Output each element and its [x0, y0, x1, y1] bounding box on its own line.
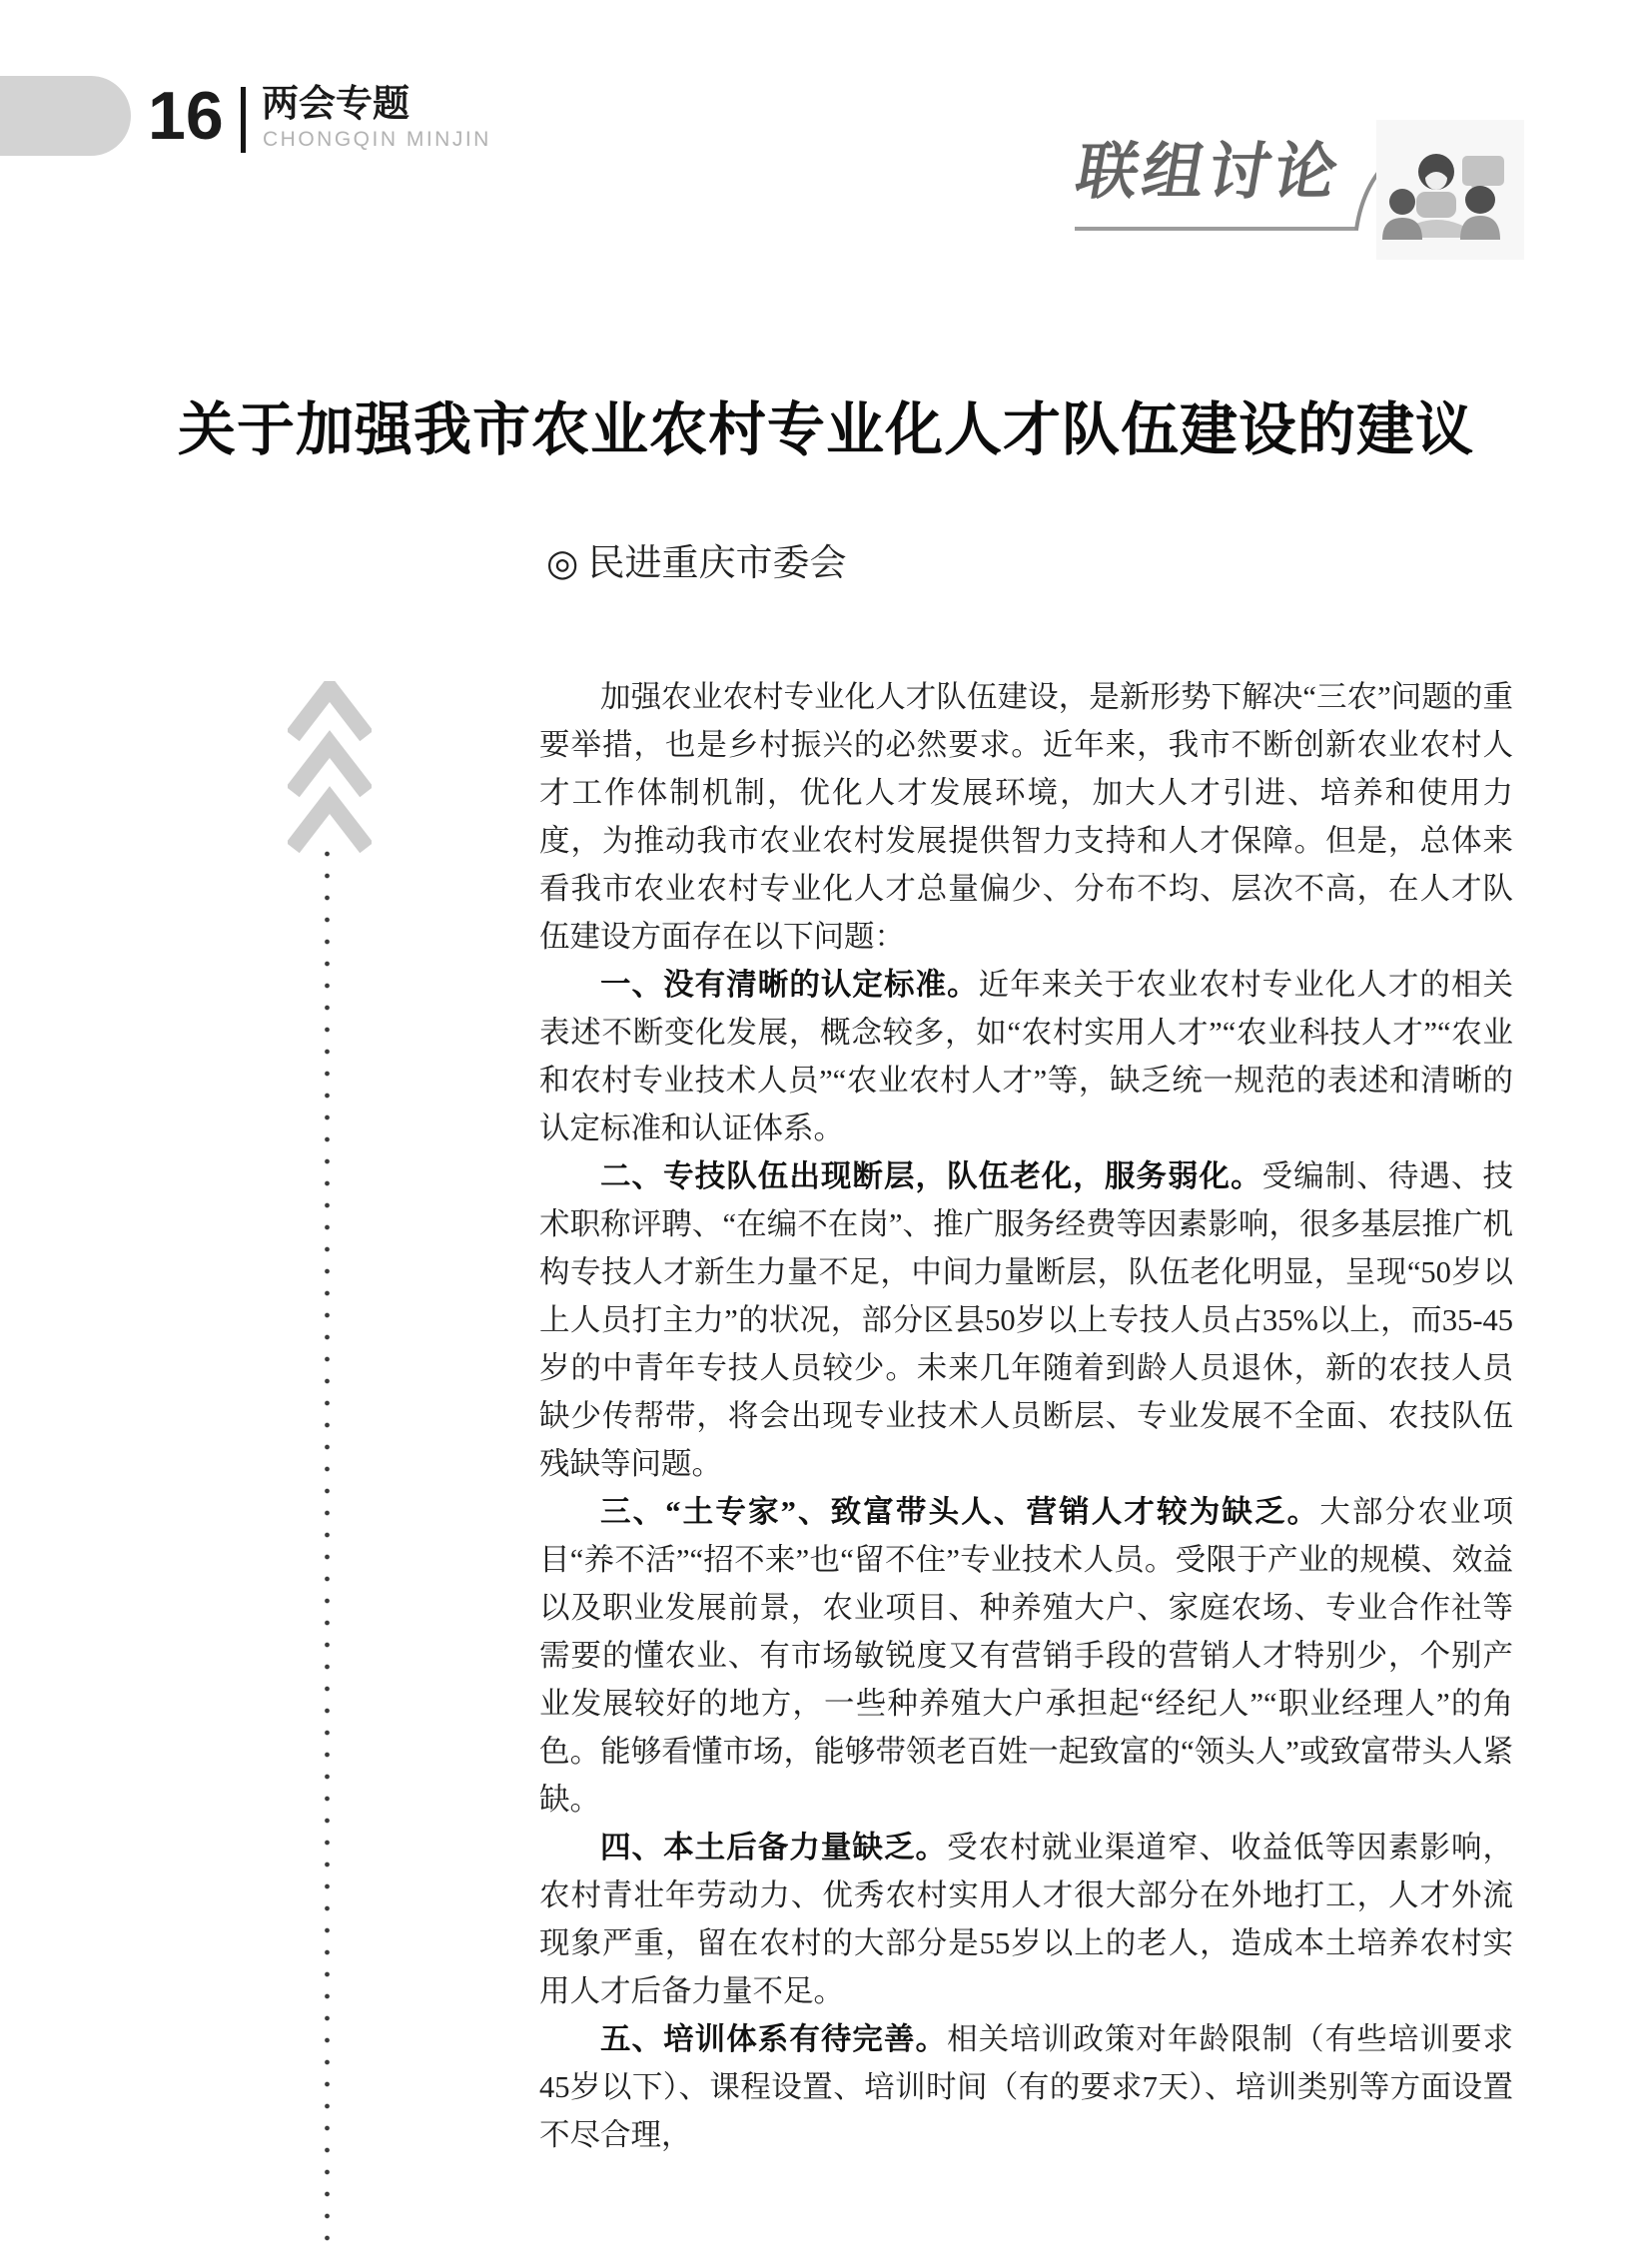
header-divider	[241, 87, 246, 153]
section-title: 两会专题	[262, 84, 410, 124]
paragraph-lead: 五、培训体系有待完善。	[600, 2022, 947, 2056]
dotted-line	[325, 851, 330, 2241]
corner-logo-text: 联组讨论	[1071, 138, 1346, 208]
paragraph: 二、专技队伍出现断层，队伍老化，服务弱化。受编制、待遇、技术职称评聘、“在编不在…	[539, 1152, 1513, 1488]
paragraph-lead: 二、专技队伍出现断层，队伍老化，服务弱化。	[600, 1159, 1262, 1193]
section-subtitle: CHONGQIN MINJIN	[263, 128, 491, 152]
paragraph: 四、本土后备力量缺乏。受农村就业渠道窄、收益低等因素影响，农村青壮年劳动力、优秀…	[539, 1824, 1513, 2015]
article-body: 加强农业农村专业化人才队伍建设，是新形势下解决“三农”问题的重要举措，也是乡村振…	[539, 673, 1513, 2159]
paragraph-lead: 一、没有清晰的认定标准。	[600, 968, 979, 1002]
paragraph: 五、培训体系有待完善。相关培训政策对年龄限制（有些培训要求45岁以下）、课程设置…	[539, 2015, 1513, 2159]
byline: ◎ 民进重庆市委会	[546, 542, 847, 586]
paragraph: 加强农业农村专业化人才队伍建设，是新形势下解决“三农”问题的重要举措，也是乡村振…	[539, 673, 1513, 961]
paragraph-text: 加强农业农村专业化人才队伍建设，是新形势下解决“三农”问题的重要举措，也是乡村振…	[539, 680, 1513, 954]
corner-logo-underline	[1075, 227, 1358, 231]
corner-accent-block	[0, 76, 131, 156]
paragraph-lead: 三、“土专家”、致富带头人、营销人才较为缺乏。	[600, 1495, 1319, 1529]
paragraph-text: 大部分农业项目“养不活”“招不来”也“留不住”专业技术人员。受限于产业的规模、效…	[539, 1495, 1513, 1817]
paragraph-text: 受编制、待遇、技术职称评聘、“在编不在岗”、推广服务经费等因素影响，很多基层推广…	[539, 1159, 1513, 1481]
page-number: 16	[148, 80, 224, 152]
meeting-people-icon	[1376, 120, 1524, 260]
triple-chevron-up-icon	[288, 681, 372, 853]
paragraph-lead: 四、本土后备力量缺乏。	[600, 1831, 947, 1865]
article-title: 关于加强我市农业农村专业化人才队伍建设的建议	[0, 397, 1652, 463]
paragraph: 一、没有清晰的认定标准。近年来关于农业农村专业化人才的相关表述不断变化发展，概念…	[539, 961, 1513, 1152]
paragraph: 三、“土专家”、致富带头人、营销人才较为缺乏。大部分农业项目“养不活”“招不来”…	[539, 1488, 1513, 1824]
